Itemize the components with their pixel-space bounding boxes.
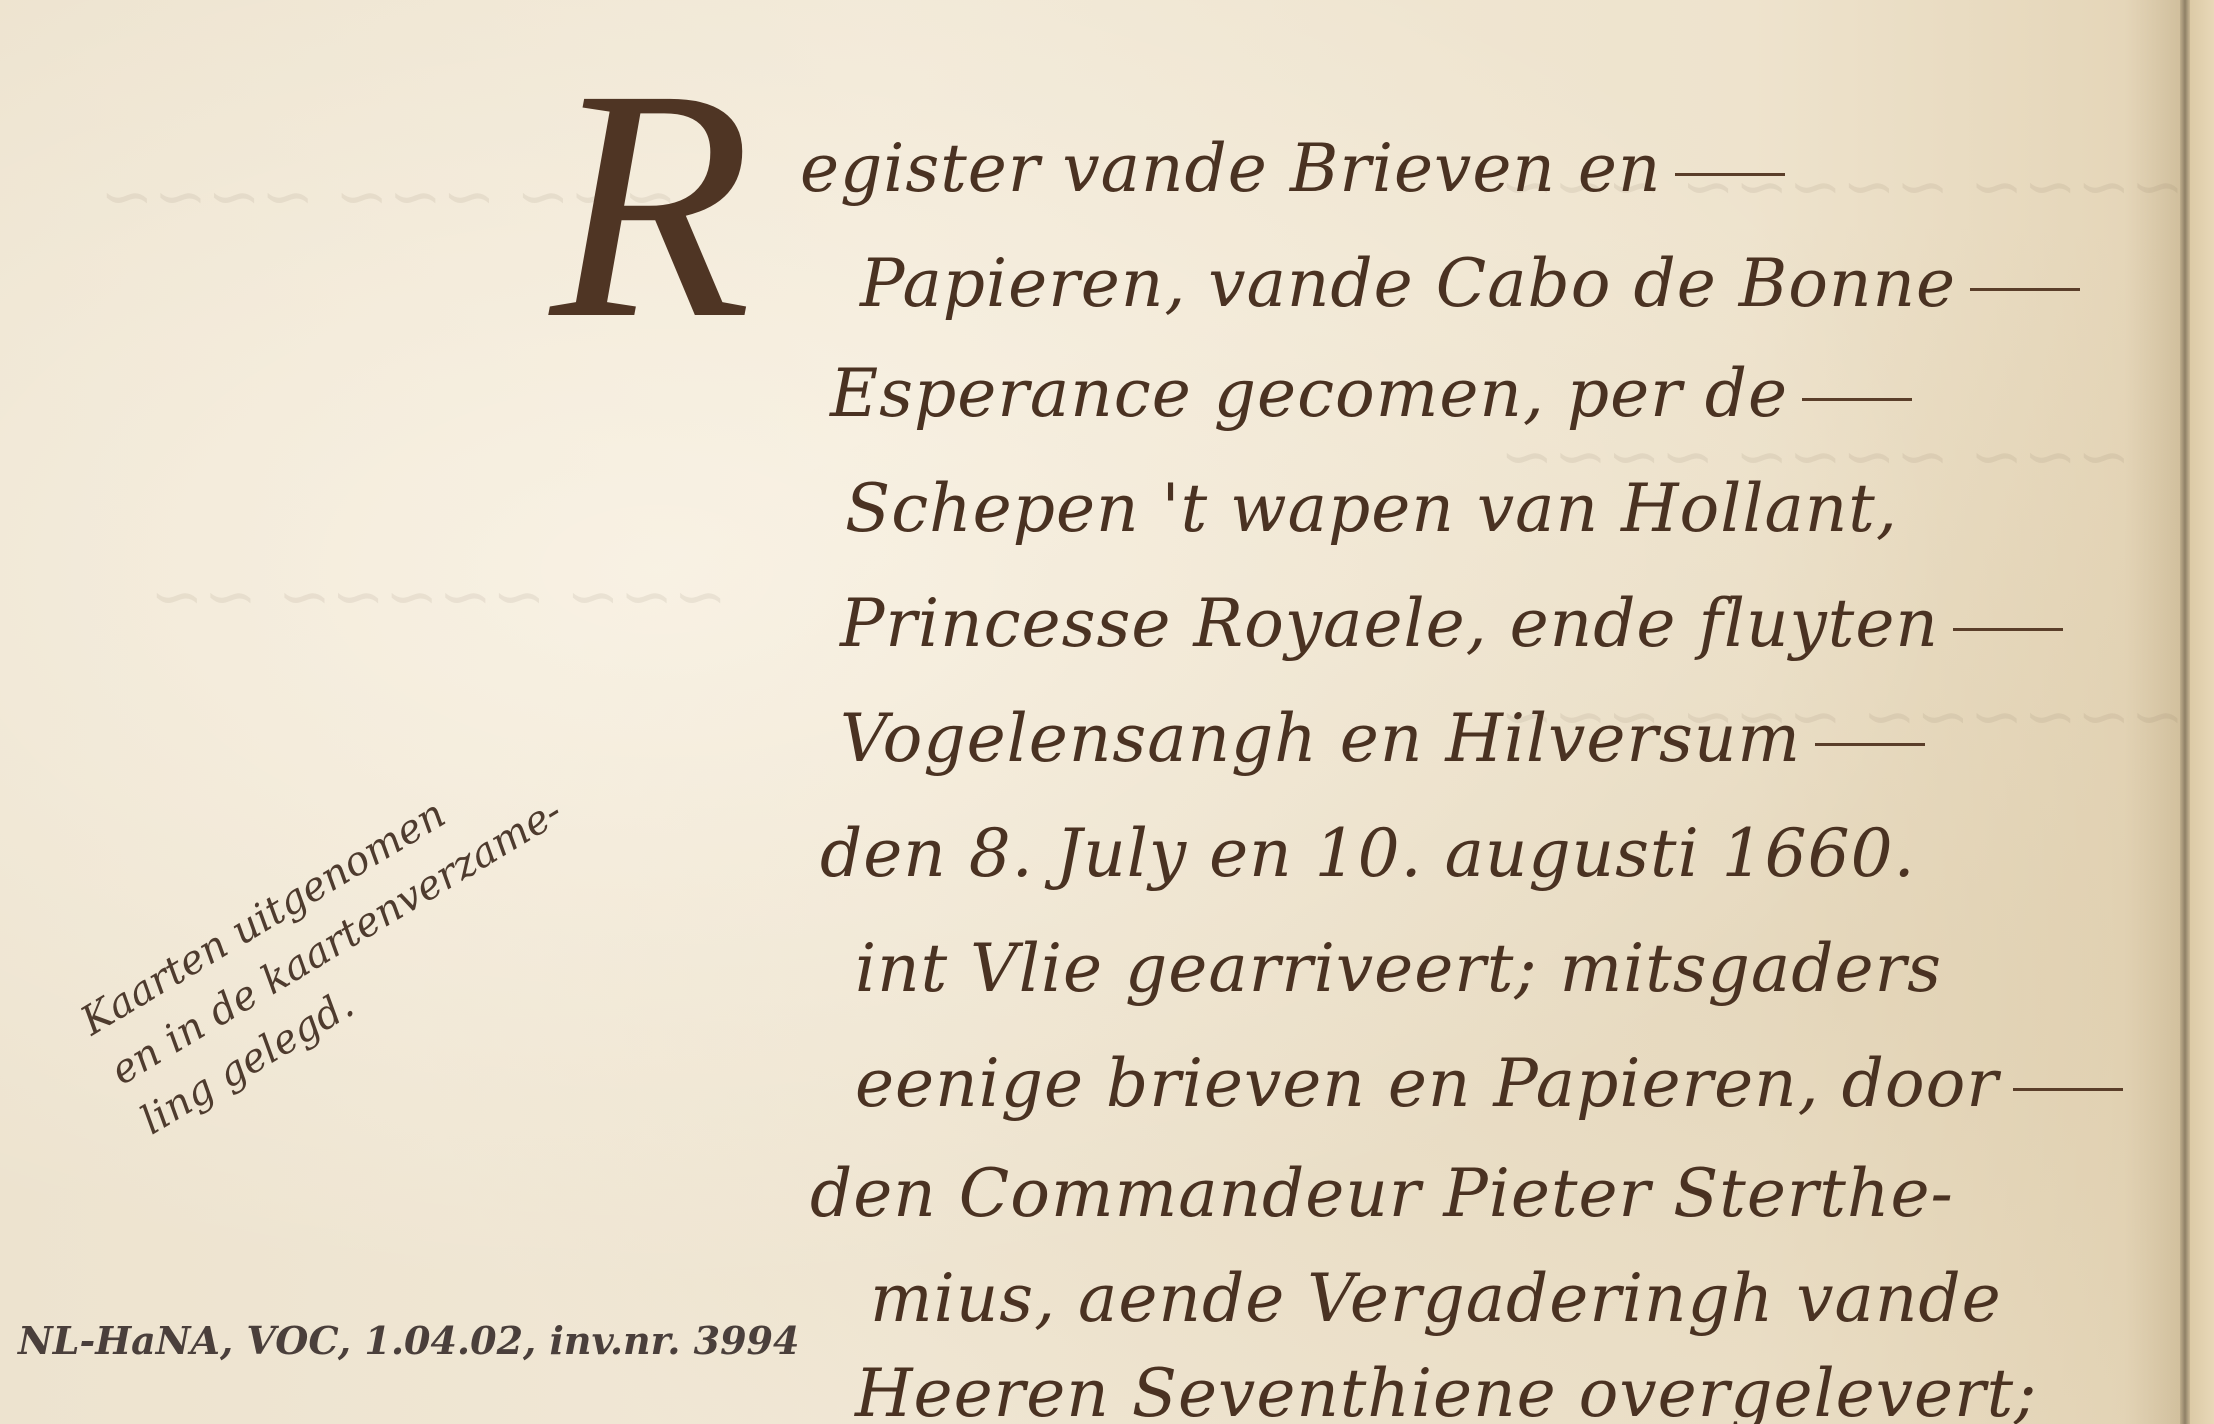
- page-fold: [2180, 0, 2190, 1424]
- line-text: int Vlie gearriveert; mitsgaders: [855, 930, 1942, 1007]
- text-line-7: den 8. July en 10. augusti 1660.: [820, 815, 1916, 892]
- line-text: Princesse Royaele, ende fluyten: [840, 585, 1939, 662]
- text-line-3: Esperance gecomen, per de: [830, 355, 1912, 432]
- line-text: mius, aende Vergaderingh vande: [870, 1260, 2002, 1337]
- line-text: eenige brieven en Papieren, door: [855, 1045, 1999, 1122]
- text-line-5: Princesse Royaele, ende fluyten: [840, 585, 2063, 662]
- line-text: Heeren Seventhiene overgelevert;: [855, 1355, 2037, 1424]
- text-line-2: Papieren, vande Cabo de Bonne: [860, 245, 2080, 322]
- text-line-8: int Vlie gearriveert; mitsgaders: [855, 930, 1942, 1007]
- line-text: Papieren, vande Cabo de Bonne: [860, 245, 1956, 322]
- line-filler-dash: [1970, 288, 2080, 291]
- text-line-12: Heeren Seventhiene overgelevert;: [855, 1355, 2037, 1424]
- line-text: Vogelensangh en Hilversum: [840, 700, 1801, 777]
- text-line-10: den Commandeur Pieter Sterthe-: [810, 1155, 1954, 1232]
- text-line-1: egister vande Brieven en: [800, 130, 1785, 207]
- line-filler-dash: [1675, 173, 1785, 176]
- text-line-6: Vogelensangh en Hilversum: [840, 700, 1925, 777]
- line-text: Esperance gecomen, per de: [830, 355, 1788, 432]
- archive-reference-caption: NL-HaNA, VOC, 1.04.02, inv.nr. 3994: [18, 1318, 799, 1363]
- line-text: Schepen 't wapen van Hollant,: [845, 470, 1898, 547]
- line-filler-dash: [1815, 743, 1925, 746]
- bleed-through-text: ~~~ ~~~~~ ~~: [150, 560, 727, 634]
- line-filler-dash: [1802, 398, 1912, 401]
- decorative-initial: R: [550, 40, 752, 370]
- line-text: egister vande Brieven en: [800, 130, 1661, 207]
- text-line-9: eenige brieven en Papieren, door: [855, 1045, 2123, 1122]
- line-filler-dash: [1953, 628, 2063, 631]
- line-filler-dash: [2013, 1088, 2123, 1091]
- line-text: den Commandeur Pieter Sterthe-: [810, 1155, 1954, 1232]
- text-line-11: mius, aende Vergaderingh vande: [870, 1260, 2002, 1337]
- text-line-4: Schepen 't wapen van Hollant,: [845, 470, 1898, 547]
- next-page-edge: [2190, 0, 2214, 1424]
- line-text: den 8. July en 10. augusti 1660.: [820, 815, 1916, 892]
